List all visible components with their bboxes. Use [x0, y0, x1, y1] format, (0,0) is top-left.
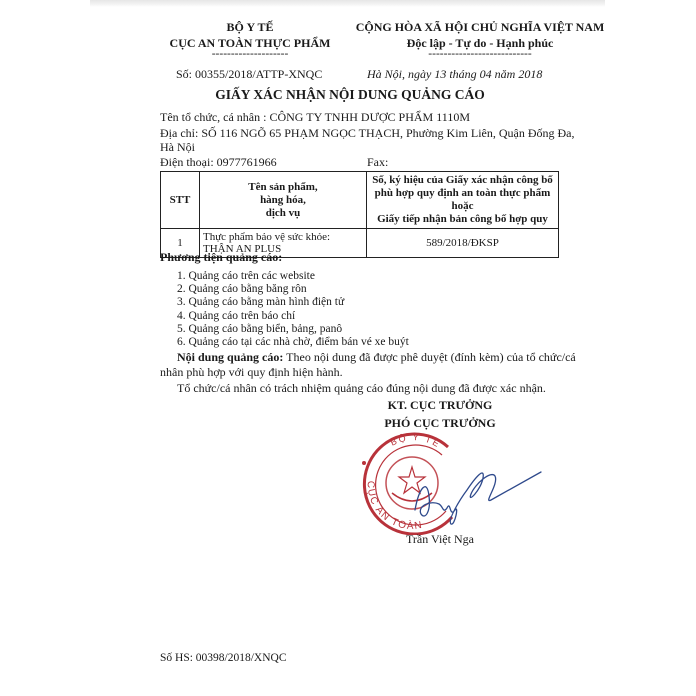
- republic-name: CỘNG HÒA XÃ HỘI CHỦ NGHĨA VIỆT NAM: [330, 20, 630, 35]
- ministry-name: BỘ Y TẾ: [160, 20, 340, 35]
- list-item: 6. Quảng cáo tại các nhà chờ, điểm bán v…: [177, 336, 409, 349]
- header-product-line3: dịch vụ: [203, 207, 363, 220]
- header-certificate-line1: Số, ký hiệu của Giấy xác nhận công bố: [370, 174, 555, 187]
- list-item: 1. Quảng cáo trên các website: [177, 270, 409, 283]
- applicant-name: Tên tổ chức, cá nhân : CÔNG TY TNHH DƯỢC…: [160, 110, 470, 125]
- place-and-date: Hà Nội, ngày 13 tháng 04 năm 2018: [367, 67, 542, 82]
- media-heading: Phương tiện quảng cáo:: [160, 250, 282, 265]
- signer-title-1: KT. CỤC TRƯỞNG: [340, 398, 540, 413]
- product-table: STT Tên sản phẩm, hàng hóa, dịch vụ Số, …: [160, 171, 559, 258]
- table-header-row: STT Tên sản phẩm, hàng hóa, dịch vụ Số, …: [161, 172, 559, 229]
- content-label: Nội dung quảng cáo:: [177, 350, 283, 364]
- content-text-line2: nhân phù hợp với quy định hiện hành.: [160, 365, 343, 380]
- left-divider: --------------------: [160, 50, 340, 58]
- header-certificate-line2: phù hợp quy định an toàn thực phẩm hoặc: [370, 187, 555, 213]
- document-title: GIẤY XÁC NHẬN NỘI DUNG QUẢNG CÁO: [150, 87, 550, 103]
- list-item: 4. Quảng cáo trên báo chí: [177, 310, 409, 323]
- list-item: 3. Quảng cáo bằng màn hình điện tử: [177, 296, 409, 309]
- applicant-phone: Điện thoại: 0977761966: [160, 155, 277, 170]
- content-text: Theo nội dung đã được phê duyệt (đính kè…: [283, 350, 575, 364]
- responsibility-note: Tổ chức/cá nhân có trách nhiệm quảng cáo…: [177, 381, 546, 396]
- applicant-address-line2: Hà Nội: [160, 140, 195, 155]
- header-certificate: Số, ký hiệu của Giấy xác nhận công bố ph…: [367, 172, 559, 229]
- media-list: 1. Quảng cáo trên các website 2. Quảng c…: [177, 270, 409, 349]
- header-product: Tên sản phẩm, hàng hóa, dịch vụ: [200, 172, 367, 229]
- applicant-address-line1: Địa chỉ: SỐ 116 NGÕ 65 PHẠM NGỌC THẠCH, …: [160, 126, 575, 141]
- document-number: Số: 00355/2018/ATTP-XNQC: [176, 67, 322, 82]
- signer-name: Trần Việt Nga: [360, 532, 520, 547]
- page-top-shadow: [90, 0, 605, 7]
- cell-certificate: 589/2018/ĐKSP: [367, 229, 559, 258]
- header-product-line1: Tên sản phẩm,: [203, 181, 363, 194]
- header-certificate-line3: Giấy tiếp nhận bản công bố hợp quy: [370, 213, 555, 226]
- applicant-fax: Fax:: [367, 155, 388, 170]
- header-stt: STT: [161, 172, 200, 229]
- header-product-line2: hàng hóa,: [203, 194, 363, 207]
- content-paragraph: Nội dung quảng cáo: Theo nội dung đã đượ…: [177, 350, 576, 365]
- list-item: 5. Quảng cáo bằng biển, bảng, panô: [177, 323, 409, 336]
- handwritten-signature-icon: [405, 448, 545, 528]
- list-item: 2. Quảng cáo bằng băng rôn: [177, 283, 409, 296]
- file-number: Số HS: 00398/2018/XNQC: [160, 652, 287, 664]
- right-divider: ---------------------------: [330, 50, 630, 58]
